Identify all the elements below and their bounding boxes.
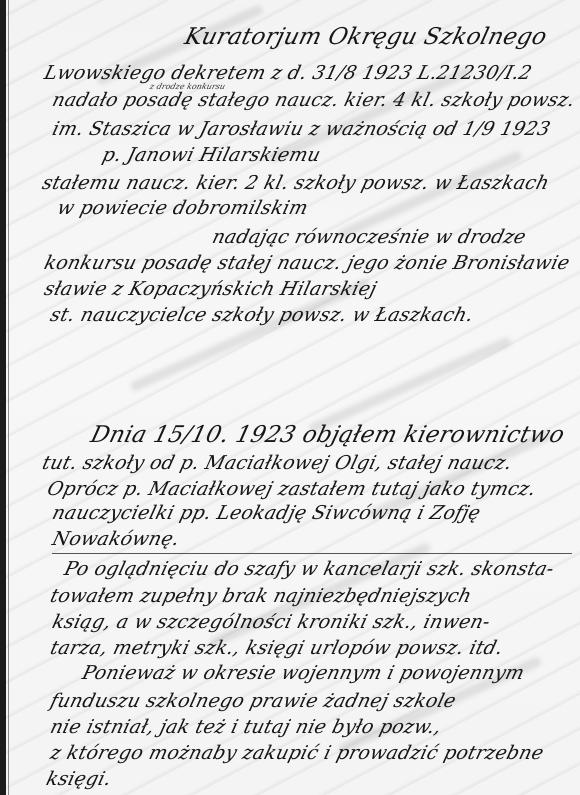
handwritten-line: st. nauczycielce szkoły powsz. w Łaszkac… (48, 304, 476, 326)
document-page: Kuratorjum Okręgu Szkolnego Lwowskiego d… (0, 0, 580, 795)
section-rule (52, 553, 572, 554)
handwritten-line: Kuratorjum Okręgu Szkolnego (182, 24, 549, 50)
handwritten-line: funduszu szkolnego prawie żadnej szkole (48, 690, 458, 712)
handwritten-line: konkursu posadę stałej naucz. jego żonie… (42, 252, 572, 274)
handwritten-line: księgi. (44, 768, 114, 790)
handwritten-line: nauczycielki pp. Leokadję Siwcówną i Zof… (50, 502, 483, 524)
handwritten-line: Dnia 15/10. 1923 objąłem kierownictwo (88, 422, 567, 448)
handwritten-line: w powiecie dobromilskim (55, 197, 310, 219)
handwritten-line: z którego możnaby zakupić i prowadzić po… (48, 742, 546, 764)
handwritten-line: towałem zupełny brak najniezbędniejszych (48, 585, 474, 607)
handwritten-line: tarza, metryki szk., księgi urlopów pows… (48, 637, 505, 659)
handwritten-line: Nowakównę. (50, 528, 182, 550)
bleed-through (307, 336, 512, 435)
binding-edge (0, 0, 6, 795)
handwritten-line: ksiąg, a w szczególności kroniki szk., i… (50, 611, 492, 633)
handwritten-line: nadając równocześnie w drodze (210, 226, 528, 248)
handwritten-line: p. Janowi Hilarskiemu (100, 144, 323, 166)
handwritten-line: Ponieważ w okresie wojennym i powojennym (80, 662, 527, 684)
handwritten-line: stałemu naucz. kier. 2 kl. szkoły powsz.… (40, 172, 552, 194)
handwritten-line: nadało posadę stałego naucz. kier. 4 kl.… (50, 90, 577, 111)
handwritten-line: Po oglądnięciu do szafy w kancelarji szk… (62, 558, 556, 580)
handwritten-line: im. Staszica w Jarosławiu z ważnością od… (50, 118, 553, 140)
handwritten-line: Lwowskiego dekretem z d. 31/8 1923 L.212… (42, 62, 534, 84)
margin-rule (8, 0, 9, 795)
handwritten-line: sławie z Kopaczyńskich Hilarskiej (42, 278, 379, 300)
handwritten-line: tut. szkoły od p. Maciałkowej Olgi, stał… (40, 452, 514, 474)
handwritten-line: nie istniał, jak też i tutaj nie było po… (48, 716, 444, 738)
handwritten-line: Oprócz p. Maciałkowej zastałem tutaj jak… (45, 478, 538, 500)
